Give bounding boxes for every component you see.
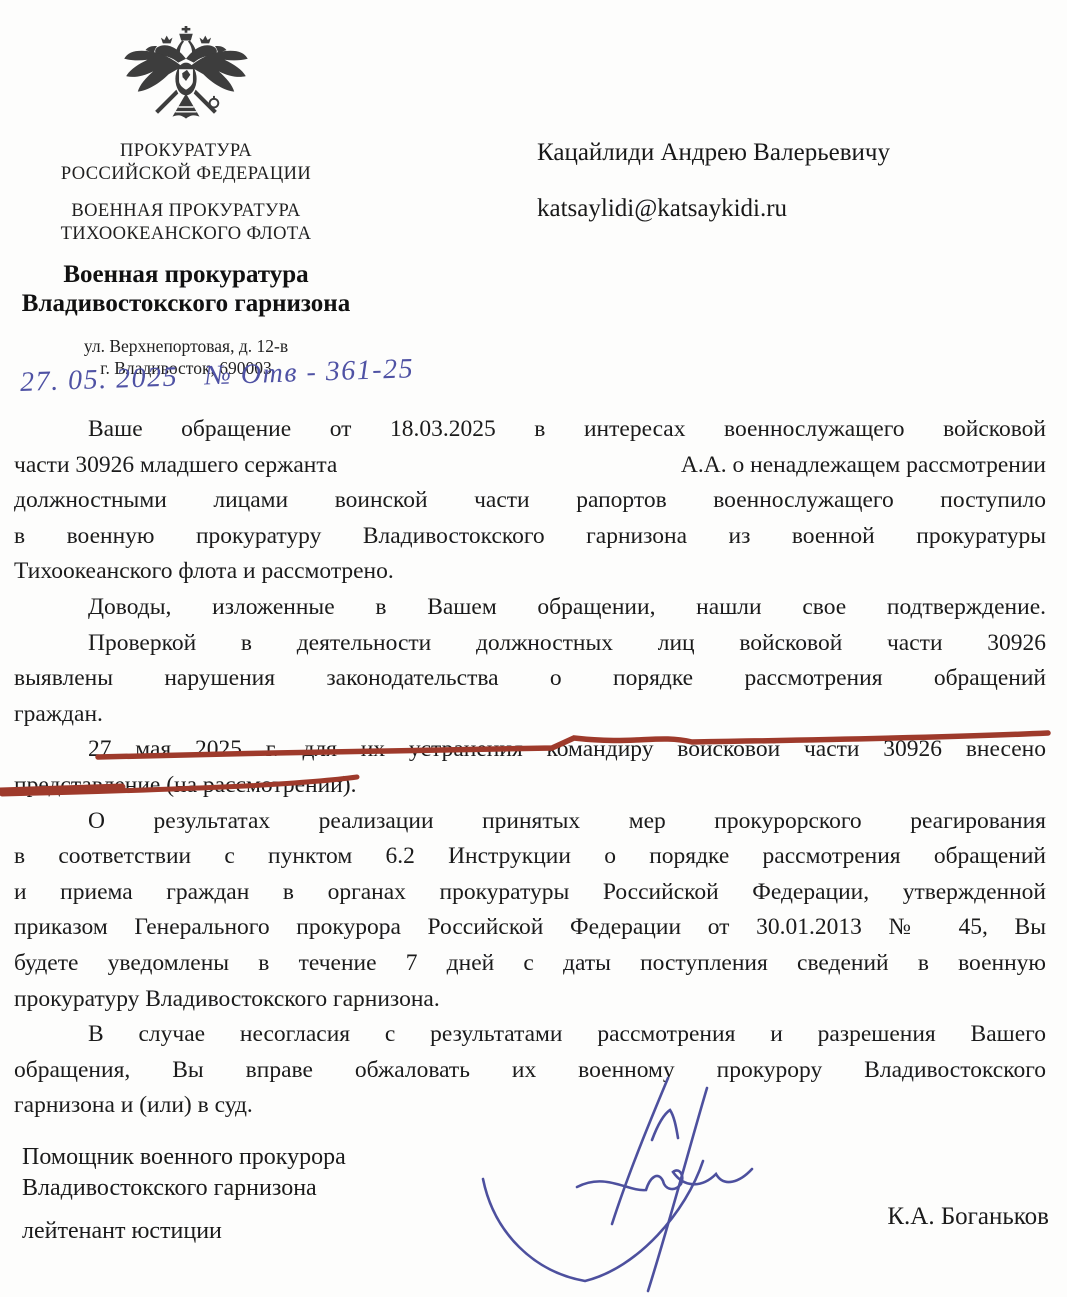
body-line: будете уведомлены в течение 7 дней с дат… [14,946,1046,982]
body-line: в военную прокуратуру Владивостокского г… [14,519,1046,555]
body-line: О результатах реализации принятых мер пр… [14,804,1046,840]
body-line-left-part: части 30926 младшего сержанта [14,448,337,484]
body-line: В случае несогласия с результатами рассм… [14,1017,1046,1053]
letter-body: Ваше обращение от 18.03.2025 в интересах… [14,412,1046,1124]
body-line-underlined: представление (на рассмотрении). [14,768,1046,804]
letterhead: ПРОКУРАТУРА РОССИЙСКОЙ ФЕДЕРАЦИИ ВОЕННАЯ… [0,0,372,379]
signer-name: К.А. Боганьков [887,1203,1049,1231]
recipient-email: katsaylidi@katsaykidi.ru [537,194,1057,224]
signer-rank: лейтенант юстиции [22,1218,222,1245]
body-line: обращения, Вы вправе обжаловать их военн… [14,1053,1046,1089]
handwritten-number: № Отв - 361-25 [204,353,415,391]
body-line: прокуратуру Владивостокского гарнизона. [14,982,1046,1018]
body-line: Проверкой в деятельности должностных лиц… [14,626,1046,662]
scanned-letter-page: ПРОКУРАТУРА РОССИЙСКОЙ ФЕДЕРАЦИИ ВОЕННАЯ… [0,0,1067,1297]
body-line: должностными лицами воинской части рапор… [14,483,1046,519]
body-line: Доводы, изложенные в Вашем обращении, на… [14,590,1046,626]
signer-position-line2: Владивостокского гарнизона [22,1173,502,1204]
org-address-street: ул. Верхнепортовая, д. 12-в [0,335,372,357]
body-line: и приема граждан в органах прокуратуры Р… [14,875,1046,911]
org-name-line3: ВОЕННАЯ ПРОКУРАТУРА [0,200,372,223]
body-line-right-part: А.А. о ненадлежащем рассмотрении [681,448,1046,484]
handwritten-date: 27. 05. 2025 [20,361,179,397]
body-line: Тихоокеанского флота и рассмотрено. [14,554,1046,590]
body-line-underlined: 27 мая 2025 г. для их устранения команди… [14,732,1046,768]
recipient-block: Кацайлиди Андрею Валерьевичу katsaylidi@… [537,138,1057,224]
body-line: в соответствии с пунктом 6.2 Инструкции … [14,839,1046,875]
body-line-redacted-gap: части 30926 младшего сержанта А.А. о нен… [14,448,1046,484]
unit-name-line2: Владивостокского гарнизона [0,289,372,318]
unit-name-line1: Военная прокуратура [0,260,372,289]
org-name-line1: ПРОКУРАТУРА [0,140,372,163]
body-line: выявлены нарушения законодательства о по… [14,661,1046,697]
body-line: приказом Генерального прокурора Российск… [14,910,1046,946]
body-line: Ваше обращение от 18.03.2025 в интересах… [14,412,1046,448]
body-line: гарнизона и (или) в суд. [14,1088,1046,1124]
body-line: граждан. [14,697,1046,733]
org-name-line2: РОССИЙСКОЙ ФЕДЕРАЦИИ [0,163,372,186]
org-name-line4: ТИХООКЕАНСКОГО ФЛОТА [0,223,372,246]
russia-coat-of-arms-icon [118,26,254,134]
recipient-name: Кацайлиди Андрею Валерьевичу [537,138,1057,168]
signer-position: Помощник военного прокурора Владивостокс… [22,1142,502,1204]
signer-position-line1: Помощник военного прокурора [22,1142,502,1173]
